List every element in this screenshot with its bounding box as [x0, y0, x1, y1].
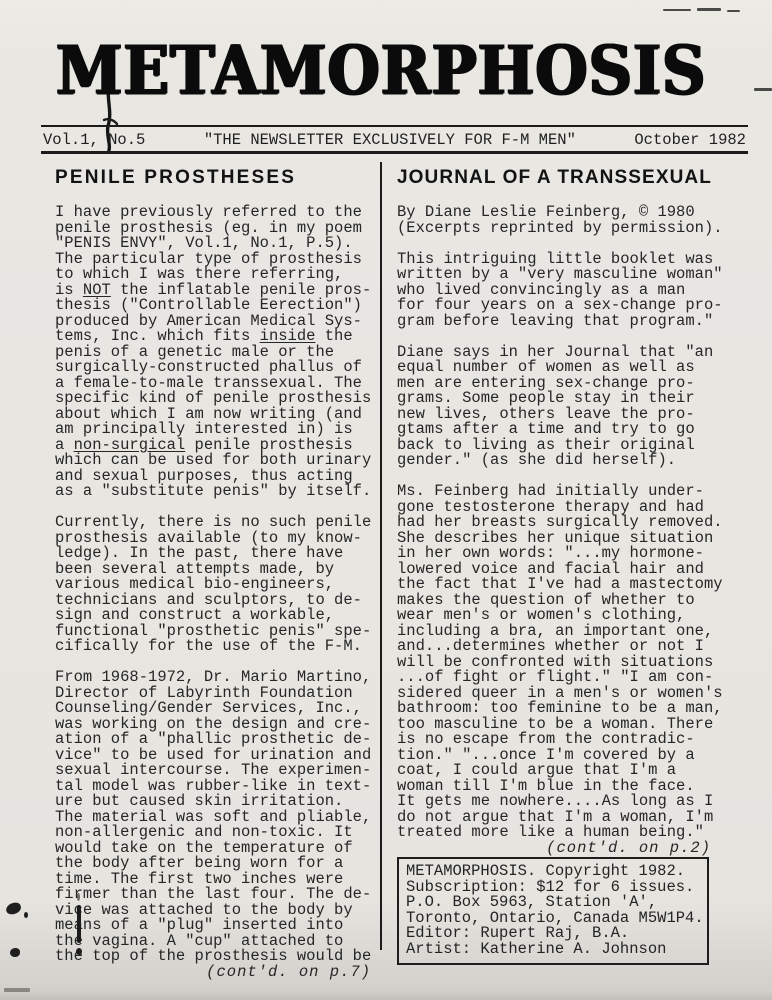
newsletter-tagline: "THE NEWSLETTER EXCLUSIVELY FOR F-M MEN": [204, 132, 576, 148]
ink-dot-icon: [76, 948, 82, 955]
scan-dash-icon: [4, 988, 30, 992]
article-paragraph: Diane says in her Journal that "an equal…: [397, 345, 733, 469]
volume-number: Vol.1, No.5: [43, 132, 145, 148]
column-divider: [380, 162, 382, 950]
ink-smudge-icon: [5, 902, 22, 916]
newsletter-title: METAMORPHOSIS: [0, 32, 762, 110]
masthead-rule-top: [41, 125, 748, 127]
article-heading: JOURNAL OF A TRANSSEXUAL: [397, 168, 733, 188]
colophon-box: METAMORPHOSIS. Copyright 1982. Subscript…: [397, 857, 709, 965]
continuation-note: (cont'd. on p.7): [55, 965, 375, 981]
article-paragraph: This intriguing little booklet was writt…: [397, 252, 733, 330]
article-penile-prostheses: PENILE PROSTHESES I have previously refe…: [55, 163, 375, 980]
article-journal-of-a-transsexual: JOURNAL OF A TRANSSEXUAL By Diane Leslie…: [397, 163, 733, 965]
article-byline: By Diane Leslie Feinberg, © 1980 (Excerp…: [397, 205, 733, 236]
masthead-info-line: Vol.1, No.5 "THE NEWSLETTER EXCLUSIVELY …: [43, 132, 746, 148]
article-paragraph: Ms. Feinberg had initially under- gone t…: [397, 484, 733, 841]
ink-stroke-icon: [77, 905, 81, 943]
article-paragraph: Currently, there is no such penile prost…: [55, 515, 375, 655]
ink-speck-icon: [24, 912, 28, 918]
article-paragraph: From 1968-1972, Dr. Mario Martino, Direc…: [55, 670, 375, 965]
scan-dash-icon: [697, 8, 721, 11]
issue-date: October 1982: [634, 132, 746, 148]
scan-dash-icon: [727, 10, 740, 12]
continuation-note: (cont'd. on p.2): [397, 841, 733, 857]
scan-dash-icon: [663, 9, 691, 11]
newsletter-page: METAMORPHOSIS Vol.1, No.5 "THE NEWSLETTE…: [0, 0, 772, 1000]
masthead-rule-bottom: [41, 151, 748, 154]
article-paragraph: I have previously referred to the penile…: [55, 205, 375, 500]
ink-dot-icon: [10, 948, 20, 957]
article-heading: PENILE PROSTHESES: [55, 168, 375, 188]
ink-speck-icon: [77, 893, 80, 901]
